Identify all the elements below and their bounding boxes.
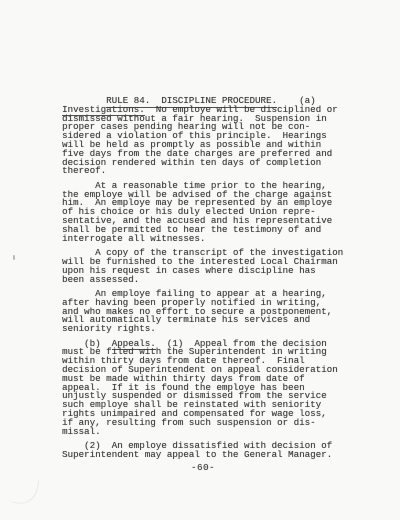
paragraph: RULE 84. DISCIPLINE PROCEDURE. (a)Invest… [62, 97, 343, 176]
paragraph: (b) Appeals. (1) Appeal from the decisio… [62, 340, 343, 437]
text-line: interrogate all witnesses. [62, 235, 343, 244]
text-line: seniority rights. [62, 325, 343, 334]
text-line: if any, resulting from such suspension o… [62, 419, 343, 428]
text-segment: seniority rights. [62, 323, 156, 334]
text-line: missal. [62, 428, 343, 437]
document-page: RULE 84. DISCIPLINE PROCEDURE. (a)Invest… [0, 0, 400, 520]
text-segment: Superintendent may appeal to the General… [62, 449, 332, 460]
text-line: been assessed. [62, 276, 343, 285]
text-segment: interrogate all witnesses. [62, 233, 205, 244]
paragraph: At a reasonable time prior to the hearin… [62, 182, 343, 244]
text-segment: missal. [62, 426, 101, 437]
scan-artifact-speck [13, 255, 15, 260]
paragraph: An employe failing to appear at a hearin… [62, 290, 343, 334]
text-segment: been assessed. [62, 274, 139, 285]
page-number: -60- [62, 463, 344, 472]
text-segment: thereof. [62, 165, 106, 176]
paragraph: (2) An employe dissatisfied with decisio… [62, 442, 343, 460]
text-line: thereof. [62, 167, 343, 176]
document-body: RULE 84. DISCIPLINE PROCEDURE. (a)Invest… [62, 97, 343, 460]
scan-artifact-pencil-mark [11, 476, 39, 507]
text-line: Superintendent may appeal to the General… [62, 451, 343, 460]
paragraph: A copy of the transcript of the investig… [62, 249, 343, 284]
